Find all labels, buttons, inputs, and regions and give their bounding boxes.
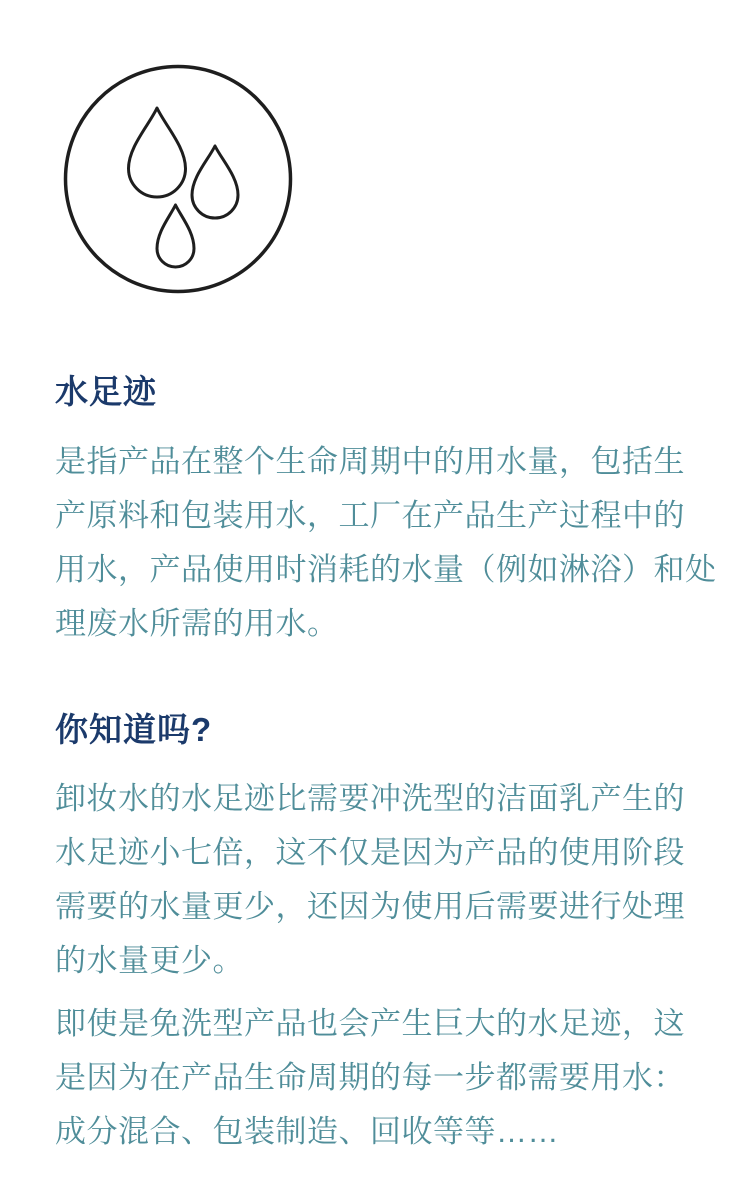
paragraph-line: 产原料和包装用水，工厂在产品生产过程中的 (55, 489, 710, 543)
section-heading-did-you-know: 你知道吗? (0, 710, 750, 750)
paragraph-micellar-water: 卸妆水的水足迹比需要冲洗型的洁面乳产生的 水足迹小七倍，这不仅是因为产品的使用阶… (0, 772, 750, 988)
paragraph-line: 成分混合、包装制造、回收等等…… (55, 1105, 710, 1159)
paragraph-line: 用水，产品使用时消耗的水量（例如淋浴）和处 (55, 543, 710, 597)
paragraph-leave-on-products: 即使是免洗型产品也会产生巨大的水足迹，这 是因为在产品生命周期的每一步都需要用水… (0, 997, 750, 1159)
icon-circle-outline (66, 67, 291, 292)
water-drops-icon-svg (62, 63, 294, 295)
water-drop-medium (192, 146, 238, 218)
section-heading-water-footprint: 水足迹 (0, 372, 750, 412)
water-drop-small (157, 205, 194, 267)
paragraph-line: 即使是免洗型产品也会产生巨大的水足迹，这 (55, 997, 710, 1051)
paragraph-line: 卸妆水的水足迹比需要冲洗型的洁面乳产生的 (55, 772, 710, 826)
paragraph-line: 是因为在产品生命周期的每一步都需要用水： (55, 1051, 710, 1105)
article-page: 水足迹 是指产品在整个生命周期中的用水量，包括生 产原料和包装用水，工厂在产品生… (0, 0, 750, 1199)
paragraph-line: 需要的水量更少，还因为使用后需要进行处理 (55, 880, 710, 934)
paragraph-water-footprint: 是指产品在整个生命周期中的用水量，包括生 产原料和包装用水，工厂在产品生产过程中… (0, 435, 750, 651)
paragraph-line: 的水量更少。 (55, 934, 710, 988)
paragraph-line: 水足迹小七倍，这不仅是因为产品的使用阶段 (55, 826, 710, 880)
water-drops-icon (62, 63, 294, 295)
water-drop-large (129, 108, 186, 197)
paragraph-line: 理废水所需的用水。 (55, 597, 710, 651)
paragraph-line: 是指产品在整个生命周期中的用水量，包括生 (55, 435, 710, 489)
